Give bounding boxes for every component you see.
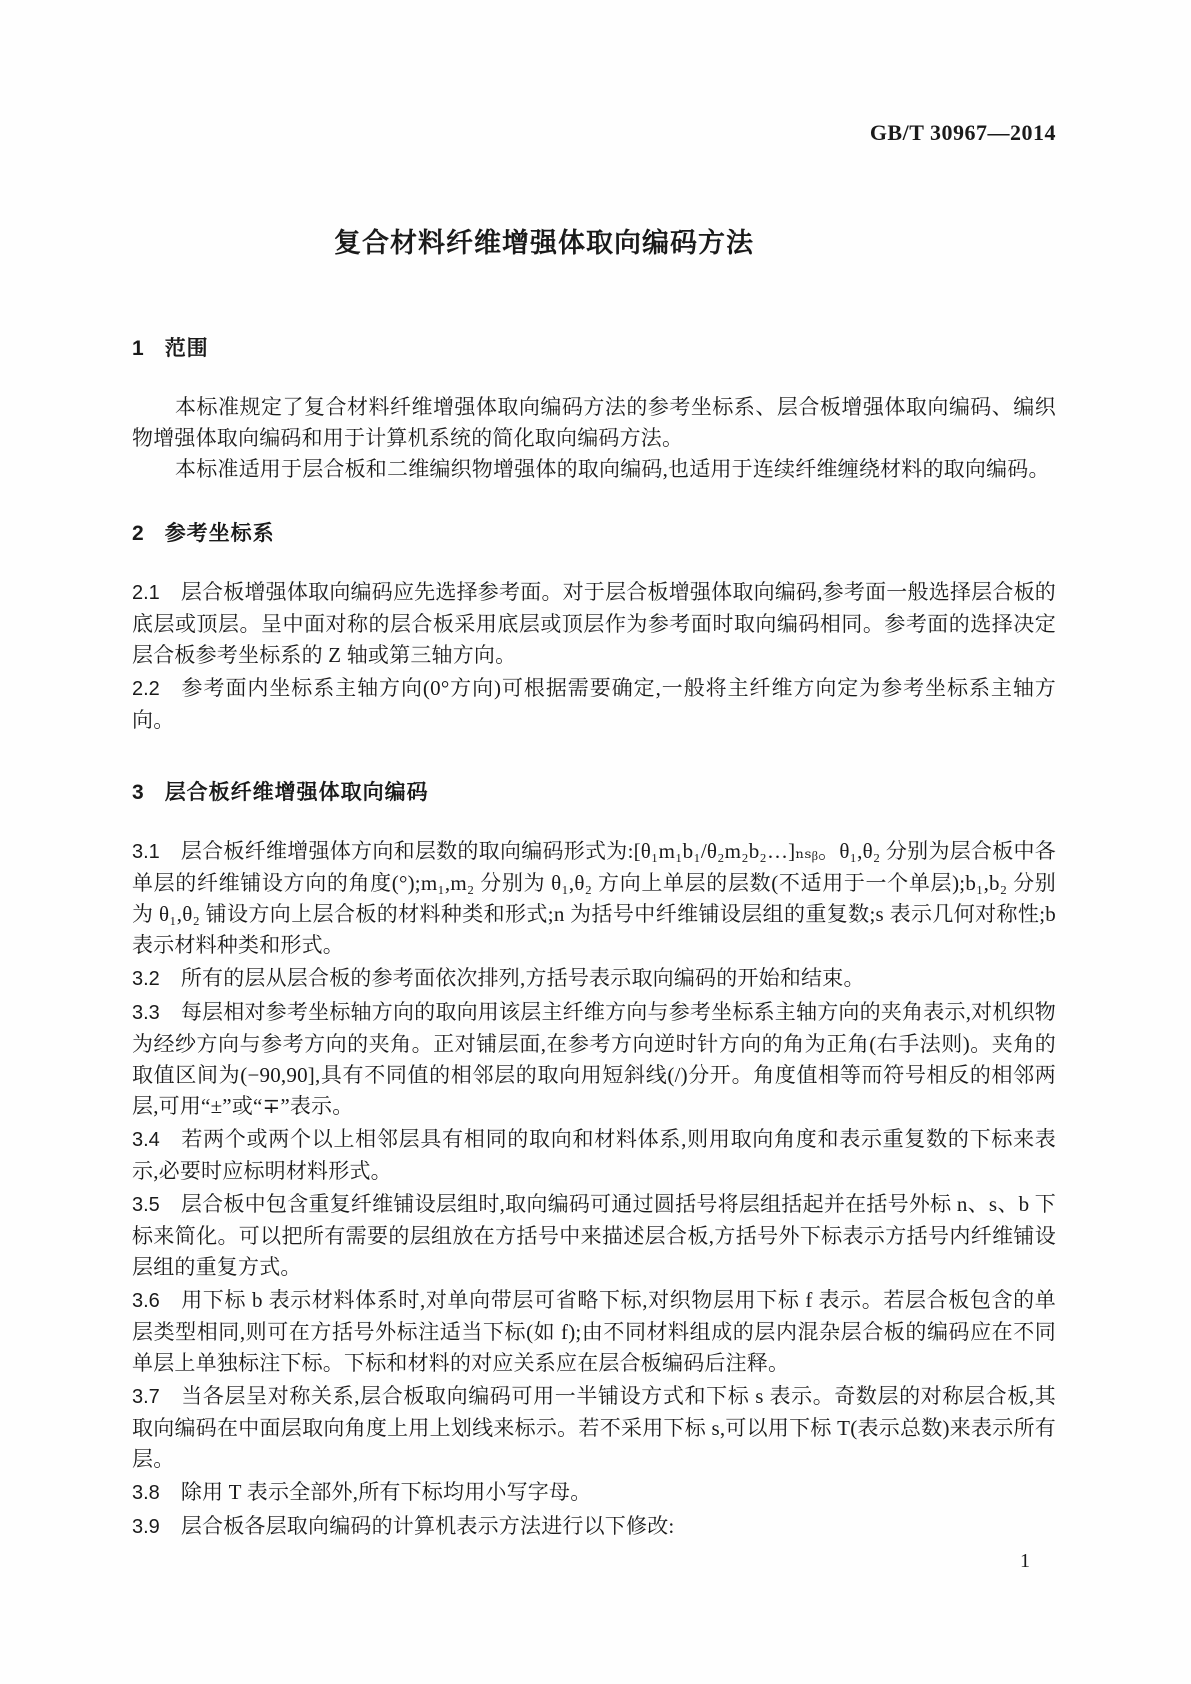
clause-3-6: 3.6用下标 b 表示材料体系时,对单向带层可省略下标,对织物层用下标 f 表示… bbox=[132, 1285, 1056, 1379]
clause-3-4-number: 3.4 bbox=[132, 1129, 181, 1151]
clause-3-5-text: 层合板中包含重复纤维铺设层组时,取向编码可通过圆括号将层组括起并在括号外标 n、… bbox=[132, 1192, 1056, 1279]
section-3-number: 3 bbox=[132, 780, 144, 806]
clause-3-9-text: 层合板各层取向编码的计算机表示方法进行以下修改: bbox=[181, 1514, 675, 1538]
clause-3-2: 3.2所有的层从层合板的参考面依次排列,方括号表示取向编码的开始和结束。 bbox=[132, 963, 1056, 995]
clause-3-4-text: 若两个或两个以上相邻层具有相同的取向和材料体系,则用取向角度和表示重复数的下标来… bbox=[132, 1127, 1056, 1183]
clause-2-1-text: 层合板增强体取向编码应先选择参考面。对于层合板增强体取向编码,参考面一般选择层合… bbox=[132, 580, 1056, 667]
clause-3-9: 3.9层合板各层取向编码的计算机表示方法进行以下修改: bbox=[132, 1511, 1056, 1543]
section-2-title: 参考坐标系 bbox=[165, 521, 275, 547]
clause-3-1-number: 3.1 bbox=[132, 841, 181, 863]
section-2-number: 2 bbox=[132, 521, 144, 547]
clause-3-3: 3.3每层相对参考坐标轴方向的取向用该层主纤维方向与参考坐标系主轴方向的夹角表示… bbox=[132, 997, 1056, 1122]
clause-3-3-text: 每层相对参考坐标轴方向的取向用该层主纤维方向与参考坐标系主轴方向的夹角表示,对机… bbox=[132, 1000, 1056, 1118]
document-page: GB/T 30967—2014 复合材料纤维增强体取向编码方法 1 范围 本标准… bbox=[0, 0, 1191, 1684]
clause-3-8-text: 除用 T 表示全部外,所有下标均用小写字母。 bbox=[181, 1480, 592, 1504]
section-1-paragraph-2: 本标准适用于层合板和二维编织物增强体的取向编码,也适用于连续纤维缠绕材料的取向编… bbox=[132, 454, 1056, 485]
page-content: GB/T 30967—2014 复合材料纤维增强体取向编码方法 1 范围 本标准… bbox=[132, 0, 1056, 1573]
clause-3-9-number: 3.9 bbox=[132, 1516, 181, 1538]
document-header: GB/T 30967—2014 bbox=[132, 0, 1056, 146]
clause-3-1-text: 层合板纤维增强体方向和层数的取向编码形式为:[θ₁m₁b₁/θ₂m₂b₂…]ₙₛ… bbox=[132, 839, 1056, 957]
clause-2-1-number: 2.1 bbox=[132, 582, 181, 604]
clause-2-2-number: 2.2 bbox=[132, 678, 181, 700]
section-1-number: 1 bbox=[132, 336, 144, 362]
document-title: 复合材料纤维增强体取向编码方法 bbox=[82, 224, 1006, 262]
clause-3-6-number: 3.6 bbox=[132, 1290, 181, 1312]
clause-3-4: 3.4若两个或两个以上相邻层具有相同的取向和材料体系,则用取向角度和表示重复数的… bbox=[132, 1124, 1056, 1187]
section-1-paragraph-1: 本标准规定了复合材料纤维增强体取向编码方法的参考坐标系、层合板增强体取向编码、编… bbox=[132, 392, 1056, 454]
section-1-heading: 1 范围 bbox=[132, 336, 1056, 362]
clause-3-7-text: 当各层呈对称关系,层合板取向编码可用一半铺设方式和下标 s 表示。奇数层的对称层… bbox=[132, 1384, 1056, 1471]
section-3-heading: 3 层合板纤维增强体取向编码 bbox=[132, 780, 1056, 806]
clause-3-5: 3.5层合板中包含重复纤维铺设层组时,取向编码可通过圆括号将层组括起并在括号外标… bbox=[132, 1189, 1056, 1283]
clause-2-1: 2.1层合板增强体取向编码应先选择参考面。对于层合板增强体取向编码,参考面一般选… bbox=[132, 577, 1056, 671]
clause-2-2-text: 参考面内坐标系主轴方向(0°方向)可根据需要确定,一般将主纤维方向定为参考坐标系… bbox=[132, 676, 1056, 732]
section-2-heading: 2 参考坐标系 bbox=[132, 521, 1056, 547]
clause-3-6-text: 用下标 b 表示材料体系时,对单向带层可省略下标,对织物层用下标 f 表示。若层… bbox=[132, 1288, 1056, 1375]
clause-3-2-text: 所有的层从层合板的参考面依次排列,方括号表示取向编码的开始和结束。 bbox=[181, 966, 865, 990]
clause-3-3-number: 3.3 bbox=[132, 1002, 181, 1024]
clause-3-5-number: 3.5 bbox=[132, 1194, 181, 1216]
page-number: 1 bbox=[1020, 1550, 1030, 1572]
page-footer: 1 bbox=[132, 1549, 1056, 1573]
clause-3-1: 3.1层合板纤维增强体方向和层数的取向编码形式为:[θ₁m₁b₁/θ₂m₂b₂…… bbox=[132, 836, 1056, 961]
section-3-title: 层合板纤维增强体取向编码 bbox=[165, 780, 429, 806]
clause-3-7-number: 3.7 bbox=[132, 1386, 181, 1408]
clause-3-2-number: 3.2 bbox=[132, 968, 181, 990]
clause-3-7: 3.7当各层呈对称关系,层合板取向编码可用一半铺设方式和下标 s 表示。奇数层的… bbox=[132, 1381, 1056, 1475]
clause-3-8-number: 3.8 bbox=[132, 1482, 181, 1504]
clause-3-8: 3.8除用 T 表示全部外,所有下标均用小写字母。 bbox=[132, 1477, 1056, 1509]
section-1-title: 范围 bbox=[165, 336, 209, 362]
standard-number: GB/T 30967—2014 bbox=[870, 120, 1056, 145]
clause-2-2: 2.2参考面内坐标系主轴方向(0°方向)可根据需要确定,一般将主纤维方向定为参考… bbox=[132, 673, 1056, 736]
